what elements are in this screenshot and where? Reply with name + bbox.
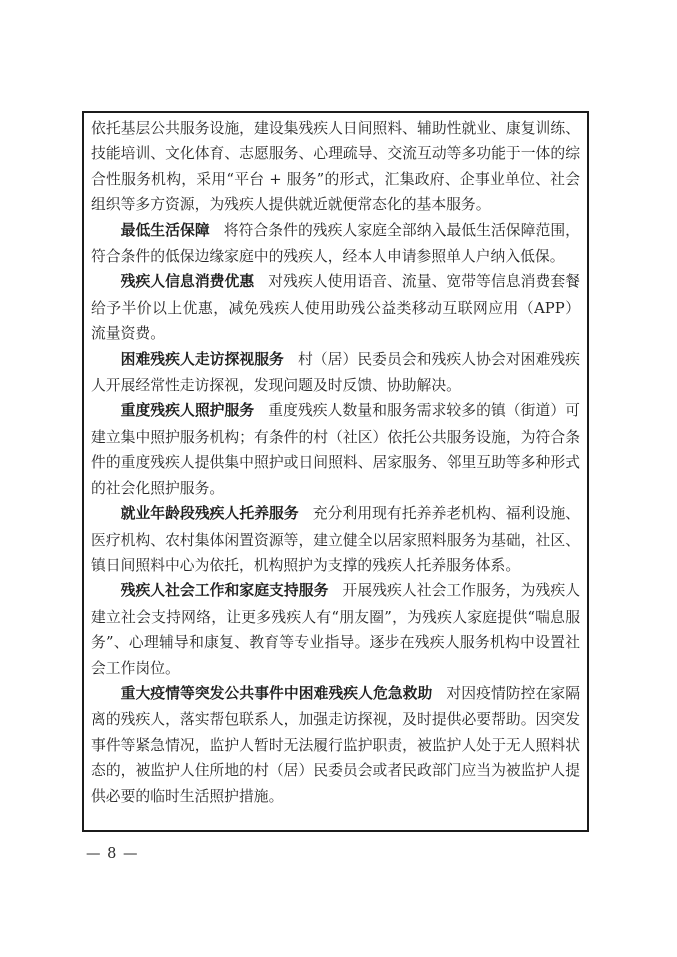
paragraph-heading: 就业年龄段残疾人托养服务 <box>121 506 299 522</box>
paragraph-heading: 重度残疾人照护服务 <box>121 403 255 419</box>
paragraph-working-age-care-service: 就业年龄段残疾人托养服务充分利用现有托养养老机构、福利设施、医疗机构、农村集体闲… <box>91 501 580 578</box>
document-text-box: 依托基层公共服务设施，建设集残疾人日间照料、辅助性就业、康复训练、技能培训、文化… <box>82 111 589 832</box>
paragraph-emergency-rescue: 重大疫情等突发公共事件中困难残疾人危急救助对因疫情防控在家隔离的残疾人，落实帮包… <box>91 681 580 809</box>
paragraph-info-consumption-discount: 残疾人信息消费优惠对残疾人使用语音、流量、宽带等信息消费套餐给予半价以上优惠，减… <box>91 269 580 346</box>
paragraph-visit-service: 困难残疾人走访探视服务村（居）民委员会和残疾人协会对困难残疾人开展经常性走访探视… <box>91 347 580 399</box>
paragraph-heading: 残疾人社会工作和家庭支持服务 <box>121 583 329 599</box>
paragraph-severe-disability-care: 重度残疾人照护服务重度残疾人数量和服务需求较多的镇（街道）可建立集中照护服务机构… <box>91 398 580 501</box>
paragraph-heading: 重大疫情等突发公共事件中困难残疾人危急救助 <box>121 686 433 702</box>
paragraph-body: 依托基层公共服务设施，建设集残疾人日间照料、辅助性就业、康复训练、技能培训、文化… <box>91 120 580 213</box>
document-page: 依托基层公共服务设施，建设集残疾人日间照料、辅助性就业、康复训练、技能培训、文化… <box>0 0 677 957</box>
paragraph-body: 对因疫情防控在家隔离的残疾人，落实帮包联系人，加强走访探视，及时提供必要帮助。因… <box>91 685 580 805</box>
paragraph-social-work-family-support: 残疾人社会工作和家庭支持服务开展残疾人社会工作服务，为残疾人建立社会支持网络，让… <box>91 578 580 681</box>
paragraph-heading: 困难残疾人走访探视服务 <box>121 352 284 368</box>
paragraph-heading: 最低生活保障 <box>121 223 210 239</box>
paragraph-continuation: 依托基层公共服务设施，建设集残疾人日间照料、辅助性就业、康复训练、技能培训、文化… <box>91 116 580 218</box>
paragraph-heading: 残疾人信息消费优惠 <box>121 274 255 290</box>
paragraph-minimum-living-allowance: 最低生活保障将符合条件的残疾人家庭全部纳入最低生活保障范围，符合条件的低保边缘家… <box>91 218 580 270</box>
page-number: — 8 — <box>86 846 138 862</box>
